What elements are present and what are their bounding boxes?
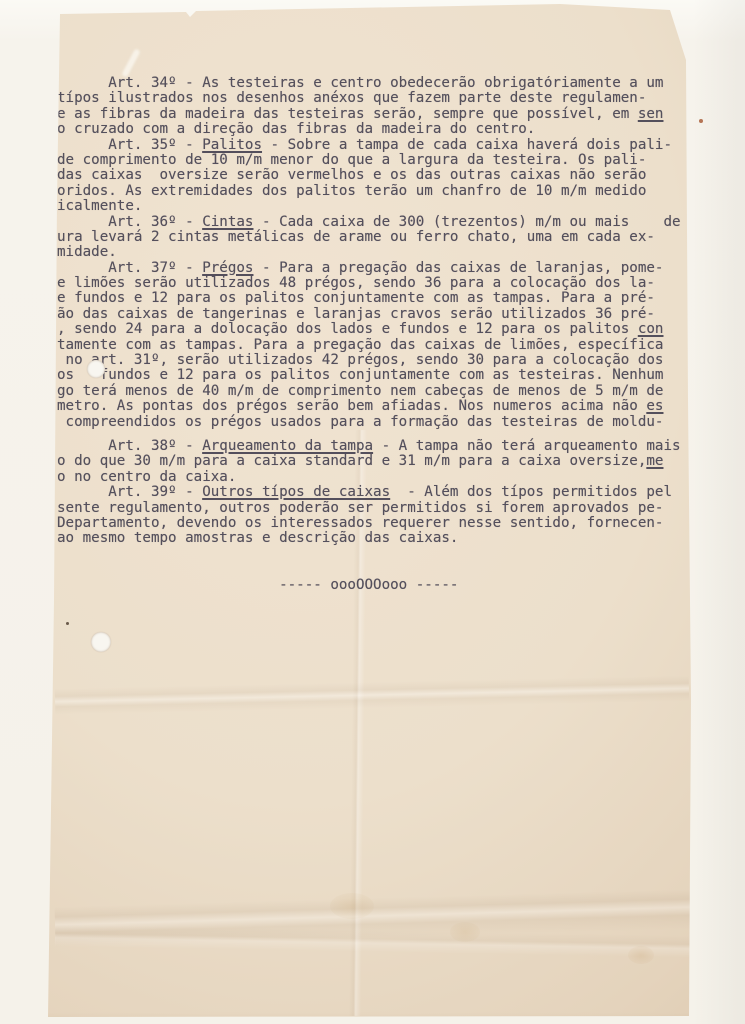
text-segment: - Para a pregação das caixas de laranjas…: [253, 260, 663, 276]
paper-scratch: [121, 48, 140, 77]
text-segment: - A tampa não terá arqueamento mais: [373, 438, 681, 454]
underlined-text: me: [646, 453, 663, 469]
text-line: de comprimento de 10 m/m menor do que a …: [57, 153, 691, 168]
paper-stain: [628, 946, 654, 964]
horizontal-fold-crease: [55, 889, 692, 947]
text-line: o do que 30 m/m para a caixa standard e …: [57, 454, 691, 469]
text-line: icalmente.: [57, 199, 691, 214]
text-segment: e limões serão utilizados 48 prégos, sen…: [57, 275, 655, 291]
text-line: ão das caixas de tangerinas e laranjas c…: [57, 307, 691, 322]
text-line: Art. 37º - Prégos - Para a pregação das …: [57, 261, 691, 276]
text-segment: metro. As pontas dos prégos serão bem af…: [57, 398, 646, 414]
text-segment: o no centro da caixa.: [57, 469, 236, 485]
text-segment: de comprimento de 10 m/m menor do que a …: [57, 152, 646, 168]
typewritten-text: Art. 34º - As testeiras e centro obedece…: [57, 76, 691, 596]
underlined-text: Prégos: [202, 260, 253, 276]
text-segment: o do que 30 m/m para a caixa standard e …: [57, 453, 646, 469]
text-line: Art. 39º - Outros típos de caixas - Além…: [57, 485, 691, 500]
text-segment: compreendidos os prégos usados para a fo…: [57, 414, 663, 430]
text-segment: ão das caixas de tangerinas e laranjas c…: [57, 306, 655, 322]
text-line: Departamento, devendo os interessados re…: [57, 516, 691, 531]
text-line: das caixas oversize serão vermelhos e os…: [57, 168, 691, 183]
text-line: Art. 36º - Cintas - Cada caixa de 300 (t…: [57, 215, 691, 230]
line-gap: [57, 547, 691, 578]
underlined-text: es: [646, 398, 663, 414]
text-line: Art. 38º - Arqueamento da tampa - A tamp…: [57, 439, 691, 454]
punch-hole: [87, 360, 105, 378]
text-line: oridos. As extremidades dos palitos terã…: [57, 184, 691, 199]
text-segment: go terá menos de 40 m/m de comprimento n…: [57, 383, 663, 399]
underlined-text: Outros típos de caixas: [202, 484, 390, 500]
paper-stain: [450, 922, 480, 942]
text-segment: tamente com as tampas. Para a pregação d…: [57, 337, 663, 353]
text-segment: típos ilustrados nos desenhos anéxos que…: [57, 90, 646, 106]
text-segment: Departamento, devendo os interessados re…: [57, 515, 663, 531]
horizontal-fold-crease: [55, 675, 689, 714]
text-segment: - Além dos típos permitidos pel: [390, 484, 672, 500]
text-segment: icalmente.: [57, 198, 142, 214]
text-segment: o cruzado com a direção das fibras da ma…: [57, 121, 535, 137]
text-segment: Art. 37º -: [57, 260, 202, 276]
text-segment: Art. 36º -: [57, 214, 202, 230]
background-speck: [699, 119, 703, 123]
text-segment: midade.: [57, 244, 117, 260]
punch-hole: [91, 632, 111, 652]
text-line: , sendo 24 para a dolocação dos lados e …: [57, 322, 691, 337]
text-segment: oridos. As extremidades dos palitos terã…: [57, 183, 646, 199]
text-line: típos ilustrados nos desenhos anéxos que…: [57, 91, 691, 106]
text-segment: Art. 39º -: [57, 484, 202, 500]
text-segment: [57, 577, 279, 593]
separator-line: ----- oooOOOooo -----: [57, 578, 691, 593]
text-segment: , sendo 24 para a dolocação dos lados e …: [57, 321, 638, 337]
underlined-text: Palitos: [202, 137, 262, 153]
text-line: no art. 31º, serão utilizados 42 prégos,…: [57, 353, 691, 368]
text-segment: ----- oooOOOooo -----: [279, 577, 458, 593]
text-segment: Art. 34º - As testeiras e centro obedece…: [57, 76, 663, 91]
paper-sheet: Art. 34º - As testeiras e centro obedece…: [0, 0, 745, 1024]
underlined-text: Cintas: [202, 214, 253, 230]
underlined-text: sen: [638, 106, 664, 122]
text-segment: ao mesmo tempo amostras e descrição das …: [57, 530, 458, 546]
text-segment: e fundos e 12 para os palitos conjuntame…: [57, 290, 655, 306]
scanner-background: Art. 34º - As testeiras e centro obedece…: [0, 0, 745, 1024]
text-segment: e as fibras da madeira das testeiras ser…: [57, 106, 638, 122]
text-line: ao mesmo tempo amostras e descrição das …: [57, 531, 691, 546]
underlined-text: Arqueamento da tampa: [202, 438, 373, 454]
text-segment: Art. 38º -: [57, 438, 202, 454]
text-segment: os fundos e 12 para os palitos conjuntam…: [57, 367, 663, 383]
text-line: e fundos e 12 para os palitos conjuntame…: [57, 291, 691, 306]
text-segment: Art. 35º -: [57, 137, 202, 153]
text-line: o cruzado com a direção das fibras da ma…: [57, 122, 691, 137]
text-segment: das caixas oversize serão vermelhos e os…: [57, 167, 646, 183]
text-line: compreendidos os prégos usados para a fo…: [57, 415, 691, 430]
text-line: go terá menos de 40 m/m de comprimento n…: [57, 384, 691, 399]
text-line: e as fibras da madeira das testeiras ser…: [57, 107, 691, 122]
text-segment: sente regulamento, outros poderão ser pe…: [57, 500, 663, 516]
underlined-text: con: [638, 321, 664, 337]
text-segment: - Cada caixa de 300 (trezentos) m/m ou m…: [253, 214, 680, 230]
horizontal-fold-crease: [55, 924, 691, 957]
text-line: os fundos e 12 para os palitos conjuntam…: [57, 368, 691, 383]
paper-stain: [330, 893, 374, 919]
text-line: o no centro da caixa.: [57, 470, 691, 485]
text-segment: ura levará 2 cintas metálicas de arame o…: [57, 229, 655, 245]
paper-speck: [66, 622, 69, 625]
text-segment: no art. 31º, serão utilizados 42 prégos,…: [57, 352, 663, 368]
text-line: tamente com as tampas. Para a pregação d…: [57, 338, 691, 353]
text-line: metro. As pontas dos prégos serão bem af…: [57, 399, 691, 414]
text-line: Art. 35º - Palitos - Sobre a tampa de ca…: [57, 138, 691, 153]
text-line: ura levará 2 cintas metálicas de arame o…: [57, 230, 691, 245]
text-line: midade.: [57, 245, 691, 260]
text-segment: - Sobre a tampa de cada caixa haverá doi…: [262, 137, 672, 153]
text-line: sente regulamento, outros poderão ser pe…: [57, 501, 691, 516]
